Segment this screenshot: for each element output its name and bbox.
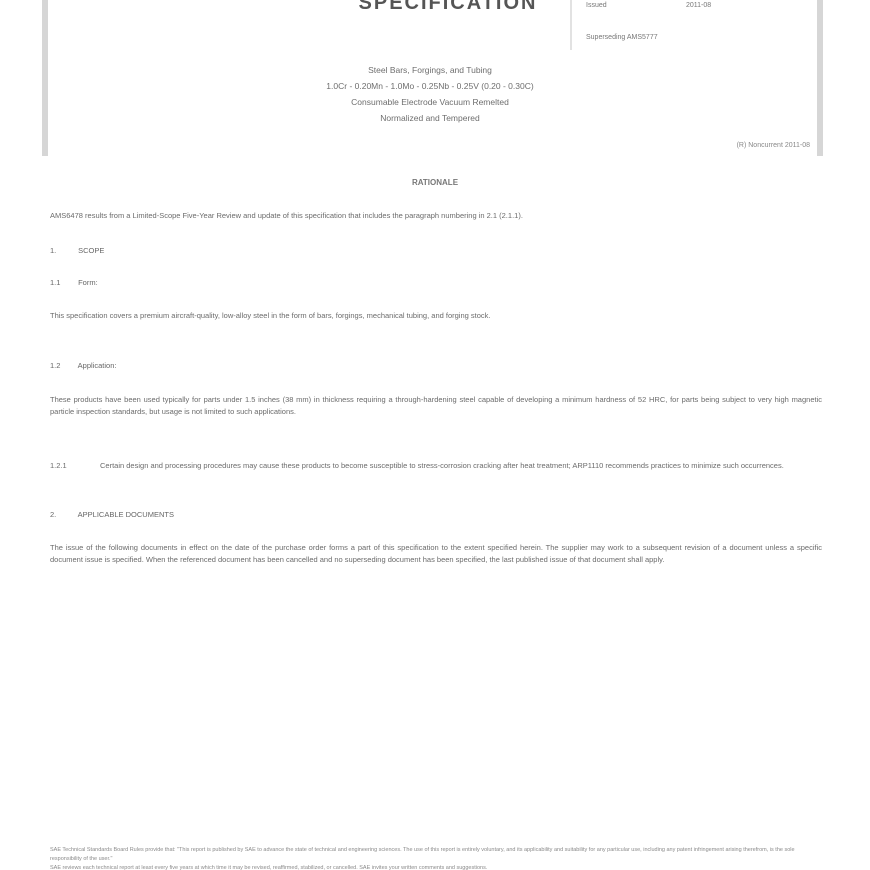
issued-label: Issued — [586, 2, 607, 9]
section-number: 1.2 — [50, 361, 76, 370]
superseding-row: Superseding AMS5777 — [586, 34, 658, 41]
section-number: 1.1 — [50, 278, 76, 287]
section-applicable-documents: 2. APPLICABLE DOCUMENTS — [50, 510, 174, 519]
applicable-documents-paragraph: The issue of the following documents in … — [50, 542, 822, 566]
form-paragraph: This specification covers a premium airc… — [50, 310, 822, 322]
section-number: 2. — [50, 510, 76, 519]
section-scope: 1. SCOPE — [50, 246, 104, 255]
title-line: Normalized and Tempered — [230, 110, 630, 126]
rationale-text: AMS6478 results from a Limited-Scope Fiv… — [50, 210, 822, 222]
issued-value: 2011-08 — [686, 2, 711, 9]
section-title: SCOPE — [78, 246, 104, 255]
issued-row: Issued 2011-08 — [586, 2, 607, 9]
footer-line: SAE reviews each technical report at lea… — [50, 864, 810, 870]
subsection-1-2-1: 1.2.1 Certain design and processing proc… — [50, 460, 822, 472]
issue-info-box: Issued 2011-08 Superseding AMS5777 — [570, 0, 819, 50]
subsection-text: Certain design and processing procedures… — [100, 460, 822, 472]
title-line: 1.0Cr - 0.20Mn - 1.0Mo - 0.25Nb - 0.25V … — [230, 78, 630, 94]
section-application: 1.2 Application: — [50, 361, 116, 370]
rationale-heading: RATIONALE — [0, 178, 870, 187]
section-form: 1.1 Form: — [50, 278, 98, 287]
section-number: 1. — [50, 246, 76, 255]
section-number: 1.2.1 — [50, 460, 67, 472]
document-type-title: SPECIFICATION — [338, 0, 558, 15]
section-title: Application: — [78, 361, 117, 370]
footer-notice: SAE Technical Standards Board Rules prov… — [50, 846, 810, 870]
section-title: Form: — [78, 278, 98, 287]
specification-title: Steel Bars, Forgings, and Tubing 1.0Cr -… — [230, 62, 630, 126]
title-line: Steel Bars, Forgings, and Tubing — [230, 62, 630, 78]
footer-line: SAE Technical Standards Board Rules prov… — [50, 846, 810, 864]
noncurrent-note: (R) Noncurrent 2011-08 — [737, 142, 810, 149]
section-title: APPLICABLE DOCUMENTS — [78, 510, 174, 519]
superseding-label: Superseding AMS5777 — [586, 34, 658, 41]
title-line: Consumable Electrode Vacuum Remelted — [230, 94, 630, 110]
application-paragraph: These products have been used typically … — [50, 394, 822, 418]
